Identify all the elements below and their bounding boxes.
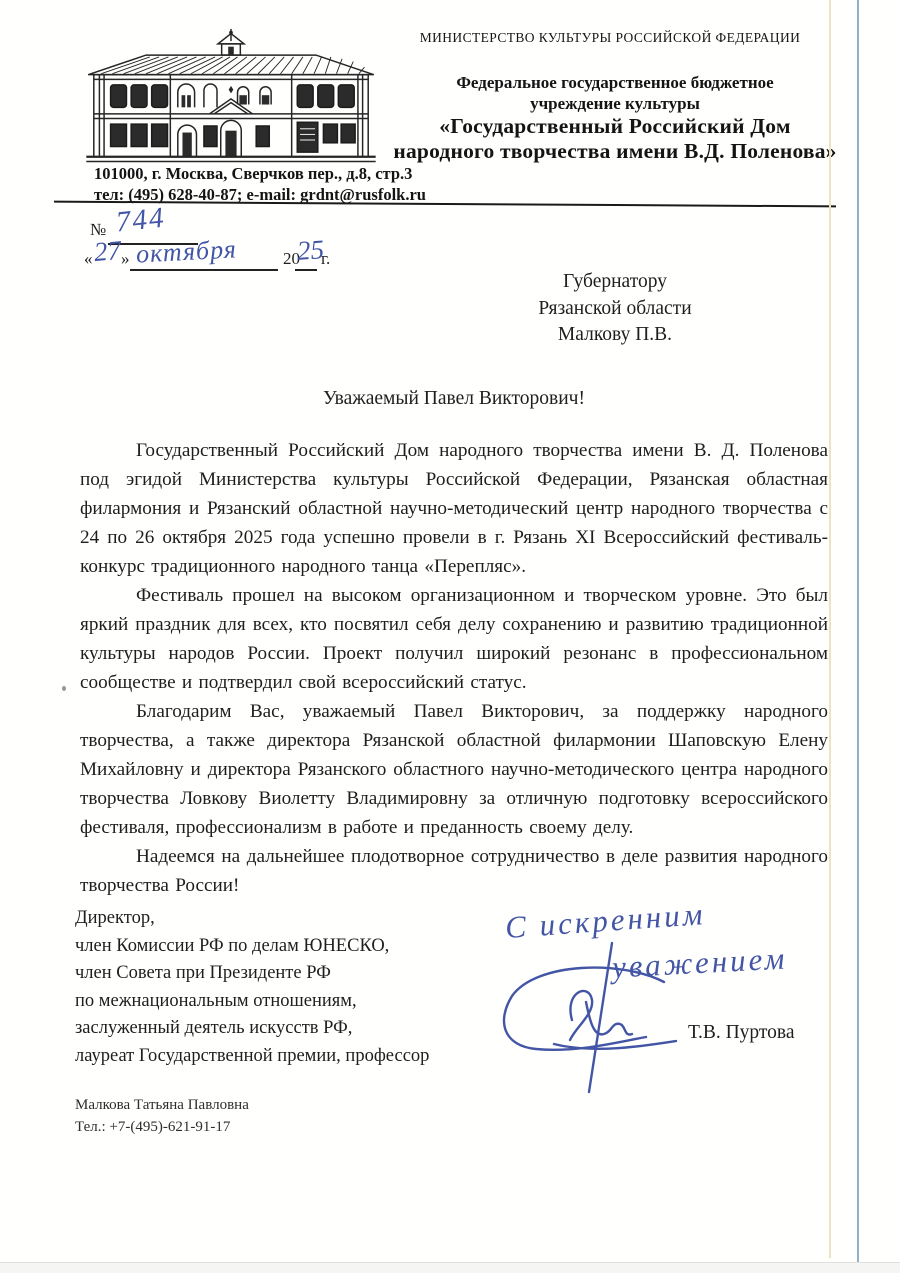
scan-artifact-yellow-line [829, 0, 831, 1258]
recipient-block: Губернатору Рязанской области Малкову П.… [495, 269, 735, 349]
body-paragraph: Благодарим Вас, уважаемый Павел Викторов… [80, 697, 828, 842]
scan-bottom-edge [0, 1262, 900, 1273]
signer-position-line: член Комиссии РФ по делам ЮНЕСКО, [75, 933, 495, 961]
org-name-line: «Государственный Российский Дом [375, 114, 855, 139]
body-paragraph: Надеемся на дальнейшее плодотворное сотр… [80, 842, 828, 900]
executor-phone: Тел.: +7-(495)-621-91-17 [75, 1116, 249, 1138]
signer-position-line: заслуженный деятель искусств РФ, [75, 1015, 495, 1043]
recipient-name: Малкову П.В. [495, 322, 735, 349]
executor-name: Малкова Татьяна Павловна [75, 1094, 249, 1116]
building-engraving-illustration [70, 28, 392, 168]
date-year-underline [295, 269, 317, 271]
date-month-underline [130, 269, 278, 271]
org-name-line: Федеральное государственное бюджетное [375, 72, 855, 93]
scan-artifact-blue-line [857, 0, 859, 1262]
recipient-title: Губернатору [495, 269, 735, 296]
signer-position-line: Директор, [75, 905, 495, 933]
org-address: 101000, г. Москва, Сверчков пер., д.8, с… [94, 163, 574, 184]
date-quote-close: » [121, 249, 130, 269]
handwritten-closing-line: С искренним [504, 896, 707, 946]
org-name-line: учреждение культуры [375, 93, 855, 114]
scan-speck [62, 686, 66, 691]
date-month-handwritten: октября [135, 234, 237, 269]
letter-body: Государственный Российский Дом народного… [80, 436, 828, 900]
signer-position-line: лауреат Государственной премии, профессо… [75, 1043, 495, 1071]
date-day-handwritten: 27 [93, 235, 123, 268]
handwritten-signature [492, 940, 687, 1095]
signer-position-line: по межнациональным отношениям, [75, 988, 495, 1016]
recipient-region: Рязанской области [495, 296, 735, 323]
salutation: Уважаемый Павел Викторович! [80, 388, 828, 410]
organization-name-block: Федеральное государственное бюджетное уч… [375, 72, 855, 164]
ref-number-handwritten: 744 [114, 202, 167, 240]
signer-position-block: Директор, член Комиссии РФ по делам ЮНЕС… [75, 905, 495, 1070]
org-name-line: народного творчества имени В.Д. Поленова… [375, 139, 855, 164]
signer-name: Т.В. Пуртова [688, 1022, 795, 1044]
executor-contact-block: Малкова Татьяна Павловна Тел.: +7-(495)-… [75, 1094, 249, 1138]
body-paragraph: Государственный Российский Дом народного… [80, 436, 828, 581]
body-paragraph: Фестиваль прошел на высоком организацион… [80, 581, 828, 697]
ministry-title: МИНИСТЕРСТВО КУЛЬТУРЫ РОССИЙСКОЙ ФЕДЕРАЦ… [380, 30, 840, 46]
date-quote-open: « [84, 249, 93, 269]
date-year-suffix: г. [321, 249, 330, 269]
signer-position-line: член Совета при Президенте РФ [75, 960, 495, 988]
scanned-letter-page: МИНИСТЕРСТВО КУЛЬТУРЫ РОССИЙСКОЙ ФЕДЕРАЦ… [0, 0, 900, 1273]
org-contact-block: 101000, г. Москва, Сверчков пер., д.8, с… [94, 163, 574, 205]
